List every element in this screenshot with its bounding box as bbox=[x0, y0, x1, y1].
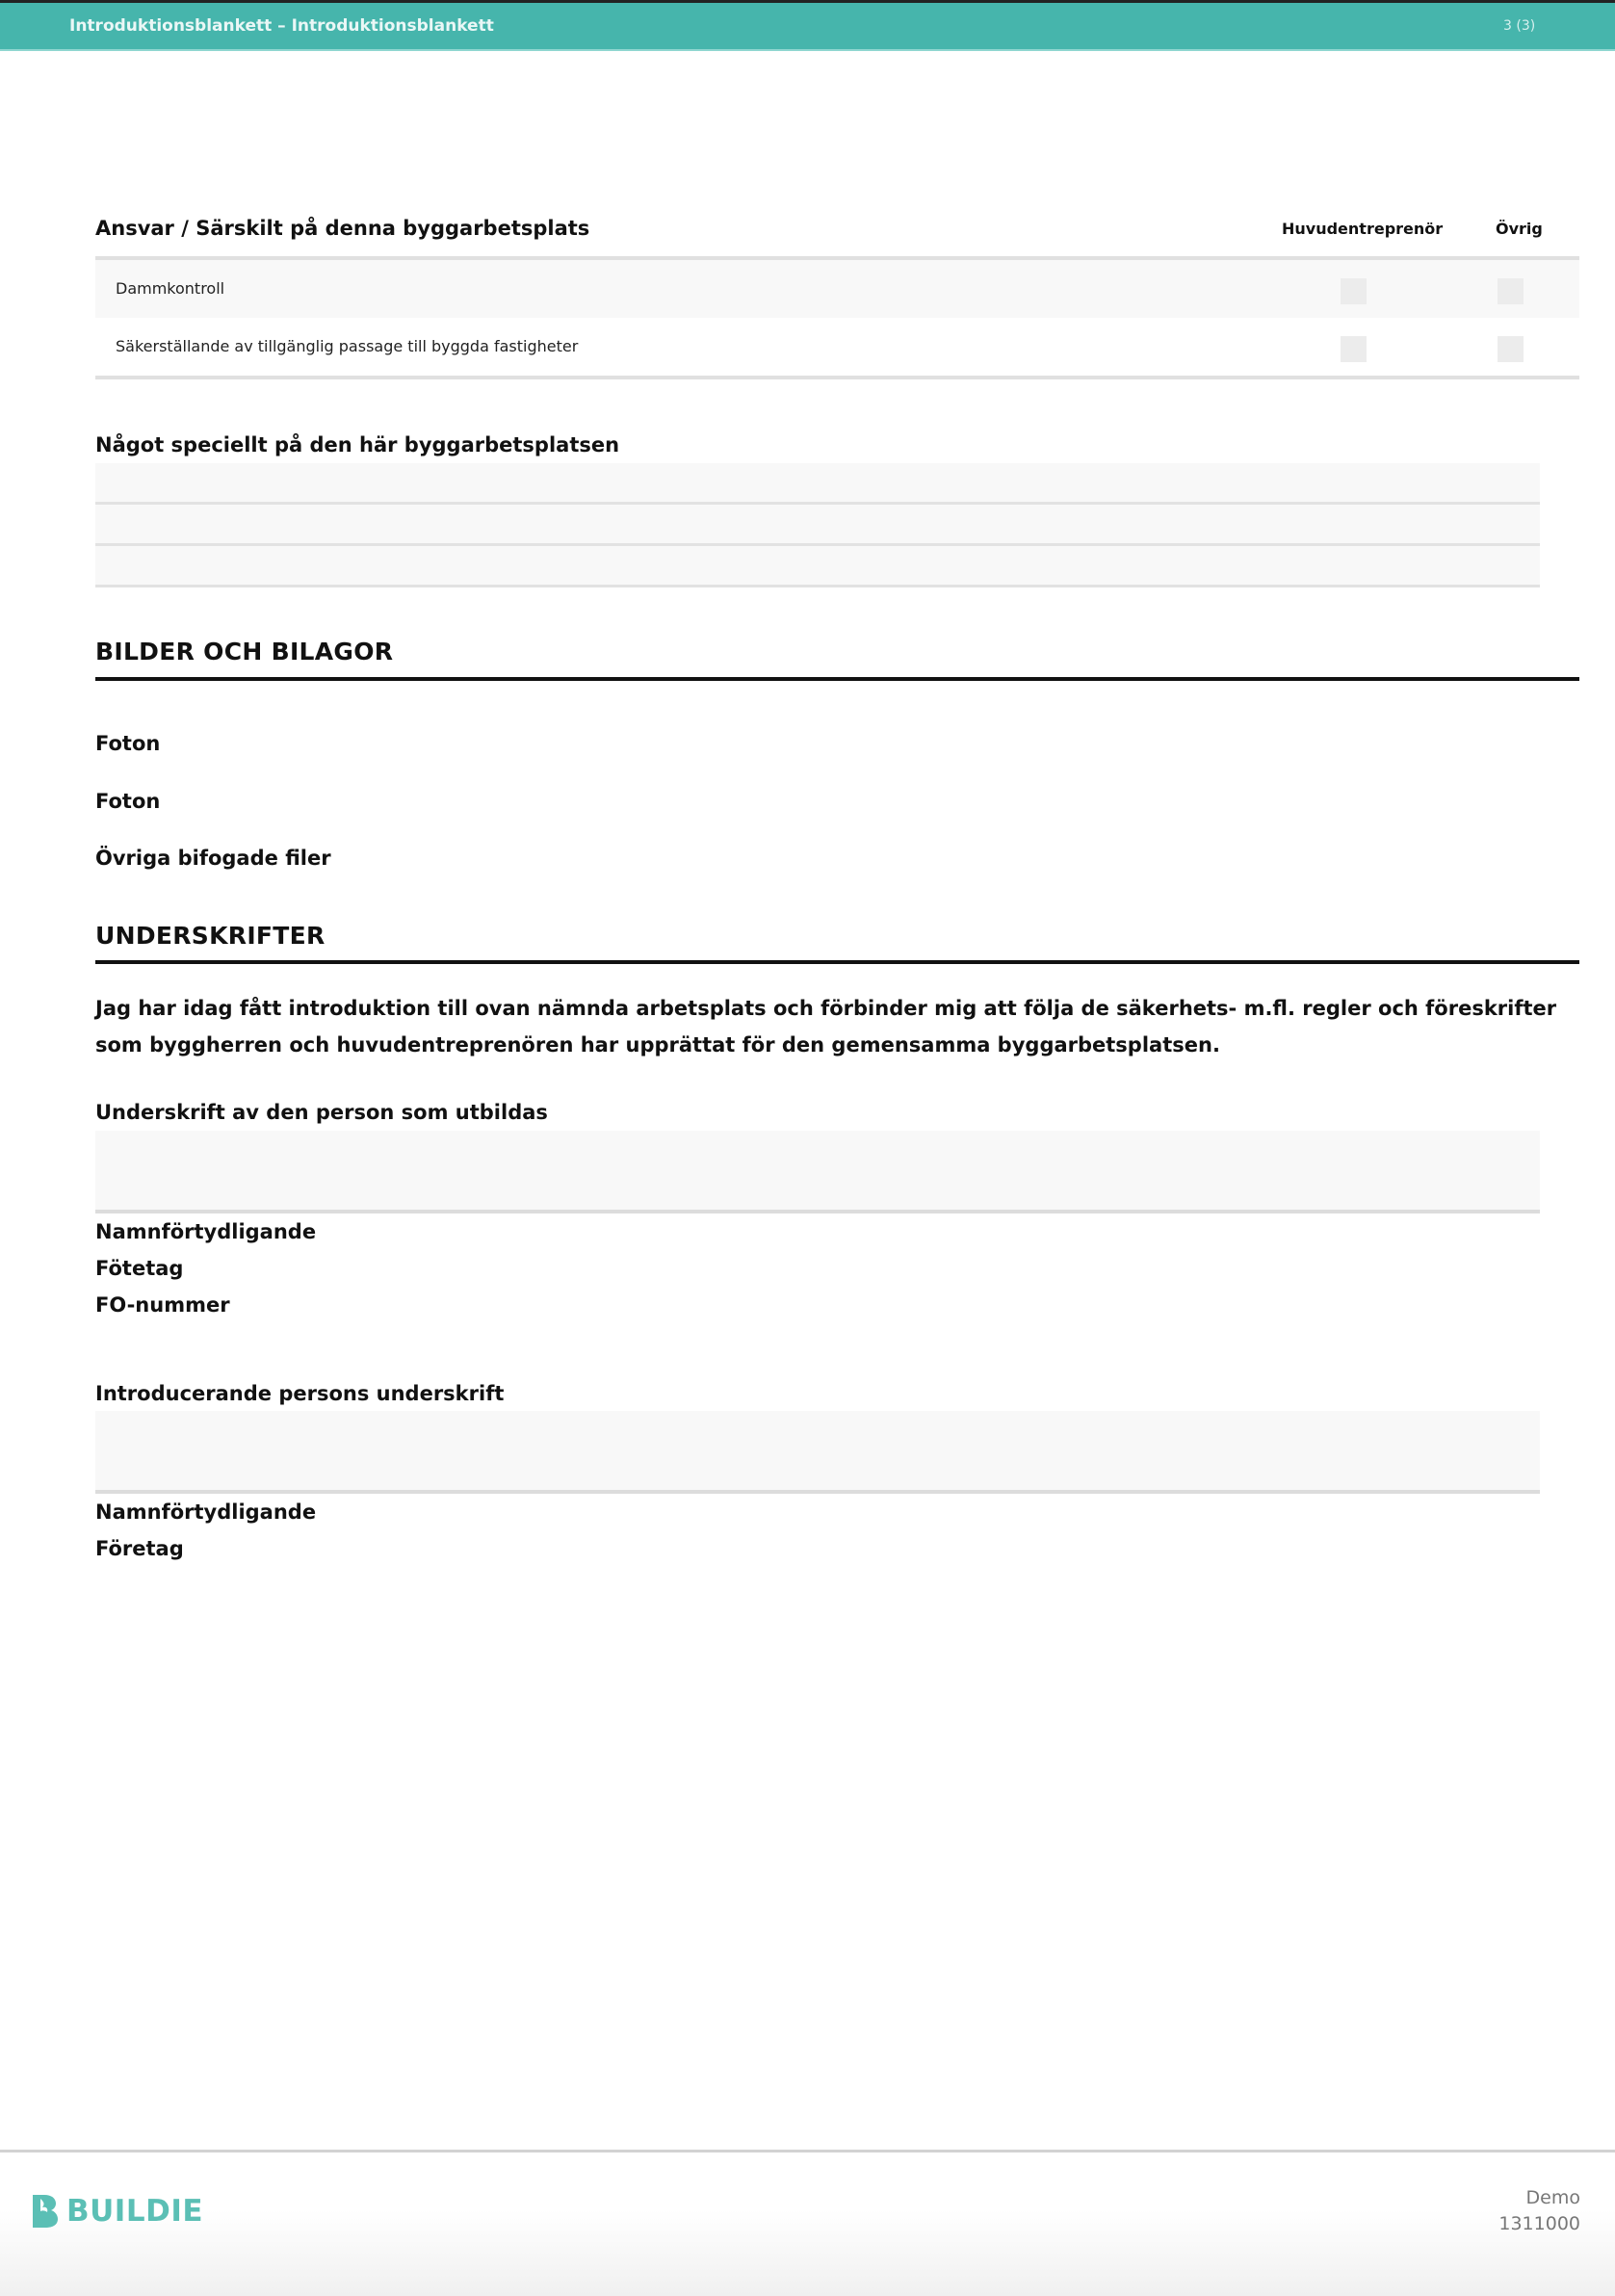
attachment-photos: Foton bbox=[95, 732, 160, 755]
table-row: Dammkontroll bbox=[95, 260, 1579, 318]
attachment-photos: Foton bbox=[95, 790, 160, 813]
section-heading-attachments: BILDER OCH BILAGOR bbox=[95, 638, 393, 665]
document-header: Introduktionsblankett – Introduktionsbla… bbox=[0, 3, 1615, 51]
section-divider bbox=[95, 960, 1579, 964]
trainee-signature-field[interactable] bbox=[95, 1131, 1540, 1213]
introducer-name-label: Namnförtydligande bbox=[95, 1500, 316, 1524]
row-label: Dammkontroll bbox=[116, 279, 224, 298]
section-divider bbox=[95, 677, 1579, 681]
special-text-field[interactable] bbox=[95, 463, 1540, 587]
page-indicator: 3 (3) bbox=[1503, 18, 1535, 34]
footer-info: Demo 1311000 bbox=[1498, 2185, 1580, 2237]
special-title: Något speciellt på den här byggarbetspla… bbox=[95, 433, 619, 457]
document-footer: BUILDIE Demo 1311000 bbox=[0, 2150, 1615, 2296]
section-heading-signatures: UNDERSKRIFTER bbox=[95, 922, 326, 950]
checkbox-ovrig[interactable] bbox=[1498, 278, 1524, 304]
column-header-huvudentreprenor: Huvudentreprenör bbox=[1282, 220, 1443, 238]
trainee-name-label: Namnförtydligande bbox=[95, 1220, 316, 1243]
buildie-b-icon bbox=[31, 2193, 60, 2230]
attachment-other-files: Övriga bifogade filer bbox=[95, 847, 331, 870]
row-label: Säkerställande av tillgänglig passage ti… bbox=[116, 337, 578, 355]
table-row: Säkerställande av tillgänglig passage ti… bbox=[95, 318, 1579, 376]
agreement-statement: Jag har idag fått introduktion till ovan… bbox=[95, 990, 1579, 1063]
document-number: 1311000 bbox=[1498, 2211, 1580, 2237]
checkbox-huvudentreprenor[interactable] bbox=[1341, 336, 1367, 362]
company-name: Demo bbox=[1498, 2185, 1580, 2211]
responsibility-table: Dammkontroll Säkerställande av tillgängl… bbox=[95, 256, 1579, 379]
checkbox-huvudentreprenor[interactable] bbox=[1341, 278, 1367, 304]
text-line[interactable] bbox=[95, 463, 1540, 505]
text-line[interactable] bbox=[95, 546, 1540, 587]
responsibility-header: Ansvar / Särskilt på denna byggarbetspla… bbox=[95, 214, 1579, 252]
document-title: Introduktionsblankett – Introduktionsbla… bbox=[69, 16, 494, 36]
buildie-logo: BUILDIE bbox=[31, 2193, 203, 2230]
trainee-company-label: Fötetag bbox=[95, 1257, 183, 1280]
introducer-signature-field[interactable] bbox=[95, 1411, 1540, 1494]
trainee-signature-label: Underskrift av den person som utbildas bbox=[95, 1101, 548, 1124]
logo-text: BUILDIE bbox=[66, 2194, 203, 2229]
introducer-company-label: Företag bbox=[95, 1537, 184, 1560]
checkbox-ovrig[interactable] bbox=[1498, 336, 1524, 362]
text-line[interactable] bbox=[95, 505, 1540, 546]
column-header-ovrig: Övrig bbox=[1496, 220, 1543, 238]
introducer-signature-label: Introducerande persons underskrift bbox=[95, 1382, 504, 1405]
trainee-fo-number-label: FO-nummer bbox=[95, 1293, 230, 1317]
responsibility-title: Ansvar / Särskilt på denna byggarbetspla… bbox=[95, 217, 589, 240]
